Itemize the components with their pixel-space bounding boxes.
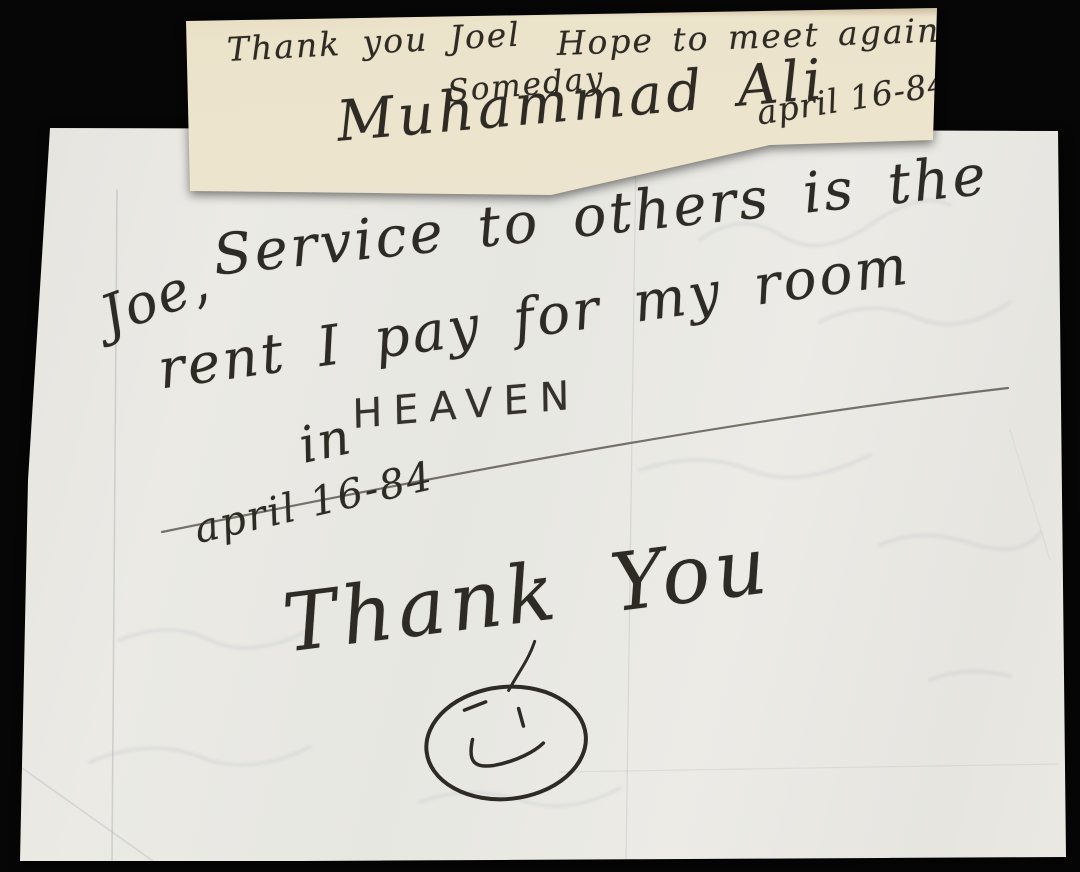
bottom-note-date: april 16-84	[190, 453, 438, 553]
quote-line-2: rent I pay for my room	[154, 232, 914, 401]
fold-crease	[112, 190, 117, 860]
closing-thank-you: Thank You	[278, 518, 776, 670]
salutation-joe: Joe,	[92, 250, 218, 347]
top-note-paper: Thank you Joel Hope to meet again Someda…	[0, 0, 1080, 872]
fold-creases	[22, 148, 1058, 866]
bottom-note-paper: Joe, Service to others is the rent I pay…	[0, 0, 1080, 872]
fold-crease	[1010, 430, 1050, 560]
fold-crease	[626, 148, 636, 862]
smiley-right-eye	[519, 708, 524, 726]
top-note-greeting: Thank you Joel	[226, 15, 522, 69]
quote-line-1: Service to others is the	[210, 143, 992, 289]
fold-crease	[560, 764, 1058, 772]
doodle-layer	[0, 0, 1080, 872]
heaven-underline-stroke	[162, 388, 1008, 532]
smiley-face-doodle	[416, 637, 591, 807]
signature-date: april 16-84	[754, 64, 952, 133]
bottom-note-wrapper: Joe, Service to others is the rent I pay…	[0, 0, 1080, 872]
fold-crease	[22, 768, 160, 866]
quote-word-heaven: HEAVEN	[352, 372, 581, 438]
top-note-someday: Someday	[446, 60, 606, 110]
smiley-head-outline	[421, 679, 592, 807]
paper-edge-stain	[186, 8, 937, 17]
top-note-wrapper: Thank you Joel Hope to meet again Someda…	[0, 0, 1080, 872]
quote-line-3-prefix: in	[294, 407, 357, 475]
top-note-hope-line: Hope to meet again	[556, 11, 941, 63]
signature-muhammad-ali: Muhammad Ali	[334, 47, 828, 154]
smiley-entry-stroke	[504, 641, 540, 690]
ink-bleed-through	[90, 177, 1040, 806]
smiley-mouth	[470, 732, 546, 768]
smiley-left-eye	[464, 702, 487, 710]
photo-of-notes: Joe, Service to others is the rent I pay…	[0, 0, 1080, 872]
